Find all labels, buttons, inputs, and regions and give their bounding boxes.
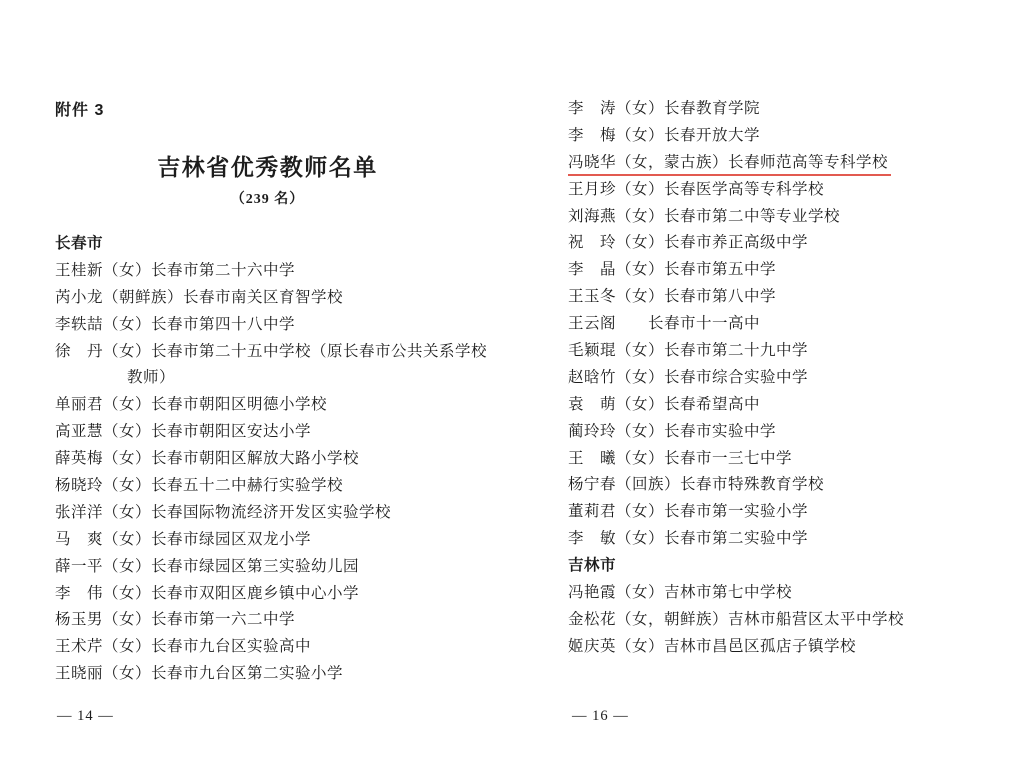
teacher-entry: 杨晓玲（女）长春五十二中赫行实验学校 [55,473,525,500]
teacher-entry: 李 晶（女）长春市第五中学 [568,257,1008,284]
teacher-entry: 王玉冬（女）长春市第八中学 [568,284,1008,311]
teacher-entry: 李轶喆（女）长春市第四十八中学 [55,312,525,339]
entry-text: 王月珍（女）长春医学高等专科学校 [568,181,824,198]
entry-text: 冯艳霞（女）吉林市第七中学校 [568,584,792,601]
teacher-entry: 蔺玲玲（女）长春市实验中学 [568,419,1008,446]
entry-text: 杨宁春（回族）长春市特殊教育学校 [568,476,824,493]
teacher-entry: 刘海燕（女）长春市第二中等专业学校 [568,204,1008,231]
entry-text: 刘海燕（女）长春市第二中等专业学校 [568,208,840,225]
entry-text: 李轶喆（女）长春市第四十八中学 [55,316,295,333]
entry-text: 董莉君（女）长春市第一实验小学 [568,503,808,520]
teacher-entry: 李 涛（女）长春教育学院 [568,96,1008,123]
teacher-entry: 祝 玲（女）长春市养正高级中学 [568,230,1008,257]
entry-text: 马 爽（女）长春市绿园区双龙小学 [55,531,311,548]
entry-text: 张洋洋（女）长春国际物流经济开发区实验学校 [55,504,391,521]
teacher-entry: 王晓丽（女）长春市九台区第二实验小学 [55,661,525,688]
teacher-entry: 王月珍（女）长春医学高等专科学校 [568,177,1008,204]
teacher-entry: 张洋洋（女）长春国际物流经济开发区实验学校 [55,500,525,527]
entry-text: 李 梅（女）长春开放大学 [568,127,760,144]
page-number-right: — 16 — [572,708,629,725]
teacher-entry: 高亚慧（女）长春市朝阳区安达小学 [55,419,525,446]
entry-text: 蔺玲玲（女）长春市实验中学 [568,423,776,440]
teacher-entry: 杨玉男（女）长春市第一六二中学 [55,607,525,634]
entry-text: 李 敏（女）长春市第二实验中学 [568,530,808,547]
teacher-list-left-page: 长春市王桂新（女）长春市第二十六中学芮小龙（朝鲜族）长春市南关区育智学校李轶喆（… [55,231,525,688]
teacher-list-right-page: 李 涛（女）长春教育学院李 梅（女）长春开放大学冯晓华（女，蒙古族）长春师范高等… [568,96,1008,661]
entry-text: 王玉冬（女）长春市第八中学 [568,288,776,305]
teacher-entry: 董莉君（女）长春市第一实验小学 [568,499,1008,526]
entry-text: 李 晶（女）长春市第五中学 [568,261,776,278]
teacher-entry: 徐 丹（女）长春市第二十五中学校（原长春市公共关系学校 [55,339,525,366]
city-section-header: 长春市 [55,231,525,258]
city-section-header: 吉林市 [568,553,1008,580]
entry-text: 长春市 [55,235,103,252]
entry-text: 单丽君（女）长春市朝阳区明德小学校 [55,396,327,413]
entry-text: 薛英梅（女）长春市朝阳区解放大路小学校 [55,450,359,467]
teacher-entry: 教师） [55,365,525,392]
teacher-entry: 王云阁 长春市十一高中 [568,311,1008,338]
teacher-entry: 冯晓华（女，蒙古族）长春师范高等专科学校 [568,150,1008,177]
teacher-entry: 王术芹（女）长春市九台区实验高中 [55,634,525,661]
teacher-entry: 单丽君（女）长春市朝阳区明德小学校 [55,392,525,419]
teacher-entry: 薛一平（女）长春市绿园区第三实验幼儿园 [55,554,525,581]
teacher-entry: 姬庆英（女）吉林市昌邑区孤店子镇学校 [568,634,1008,661]
entry-text: 薛一平（女）长春市绿园区第三实验幼儿园 [55,558,359,575]
entry-text: 杨晓玲（女）长春五十二中赫行实验学校 [55,477,343,494]
entry-text: 李 伟（女）长春市双阳区鹿乡镇中心小学 [55,585,359,602]
entry-text: 吉林市 [568,557,616,574]
entry-text: 姬庆英（女）吉林市昌邑区孤店子镇学校 [568,638,856,655]
document-subtitle: （239 名） [40,188,495,208]
entry-text: 金松花（女，朝鲜族）吉林市船营区太平中学校 [568,611,904,628]
entry-text: 王术芹（女）长春市九台区实验高中 [55,638,311,655]
teacher-entry: 金松花（女，朝鲜族）吉林市船营区太平中学校 [568,607,1008,634]
entry-text: 李 涛（女）长春教育学院 [568,100,760,117]
entry-text: 赵晗竹（女）长春市综合实验中学 [568,369,808,386]
entry-text: 王 曦（女）长春市一三七中学 [568,450,792,467]
teacher-entry: 薛英梅（女）长春市朝阳区解放大路小学校 [55,446,525,473]
teacher-entry: 李 梅（女）长春开放大学 [568,123,1008,150]
entry-text: 祝 玲（女）长春市养正高级中学 [568,234,808,251]
entry-text: 袁 萌（女）长春希望高中 [568,396,760,413]
teacher-entry: 赵晗竹（女）长春市综合实验中学 [568,365,1008,392]
teacher-entry: 王 曦（女）长春市一三七中学 [568,446,1008,473]
entry-text: 王云阁 长春市十一高中 [568,315,760,332]
entry-text: 芮小龙（朝鲜族）长春市南关区育智学校 [55,289,343,306]
entry-text: 杨玉男（女）长春市第一六二中学 [55,611,295,628]
document-page: 附件 3 吉林省优秀教师名单 （239 名） 长春市王桂新（女）长春市第二十六中… [0,0,1024,768]
teacher-entry: 毛颖琨（女）长春市第二十九中学 [568,338,1008,365]
teacher-entry: 袁 萌（女）长春希望高中 [568,392,1008,419]
entry-text: 高亚慧（女）长春市朝阳区安达小学 [55,423,311,440]
teacher-entry: 王桂新（女）长春市第二十六中学 [55,258,525,285]
teacher-entry: 芮小龙（朝鲜族）长春市南关区育智学校 [55,285,525,312]
teacher-entry: 冯艳霞（女）吉林市第七中学校 [568,580,1008,607]
entry-text: 王桂新（女）长春市第二十六中学 [55,262,295,279]
page-number-left: — 14 — [57,708,114,725]
entry-text: 毛颖琨（女）长春市第二十九中学 [568,342,808,359]
entry-text: 教师） [127,369,175,386]
entry-text: 王晓丽（女）长春市九台区第二实验小学 [55,665,343,682]
teacher-entry: 杨宁春（回族）长春市特殊教育学校 [568,472,1008,499]
document-title: 吉林省优秀教师名单 [40,149,495,182]
teacher-entry: 马 爽（女）长春市绿园区双龙小学 [55,527,525,554]
teacher-entry: 李 伟（女）长春市双阳区鹿乡镇中心小学 [55,581,525,608]
teacher-entry: 李 敏（女）长春市第二实验中学 [568,526,1008,553]
highlighted-entry-text: 冯晓华（女，蒙古族）长春师范高等专科学校 [568,154,891,176]
attachment-label: 附件 3 [55,97,104,120]
entry-text: 徐 丹（女）长春市第二十五中学校（原长春市公共关系学校 [55,343,487,360]
